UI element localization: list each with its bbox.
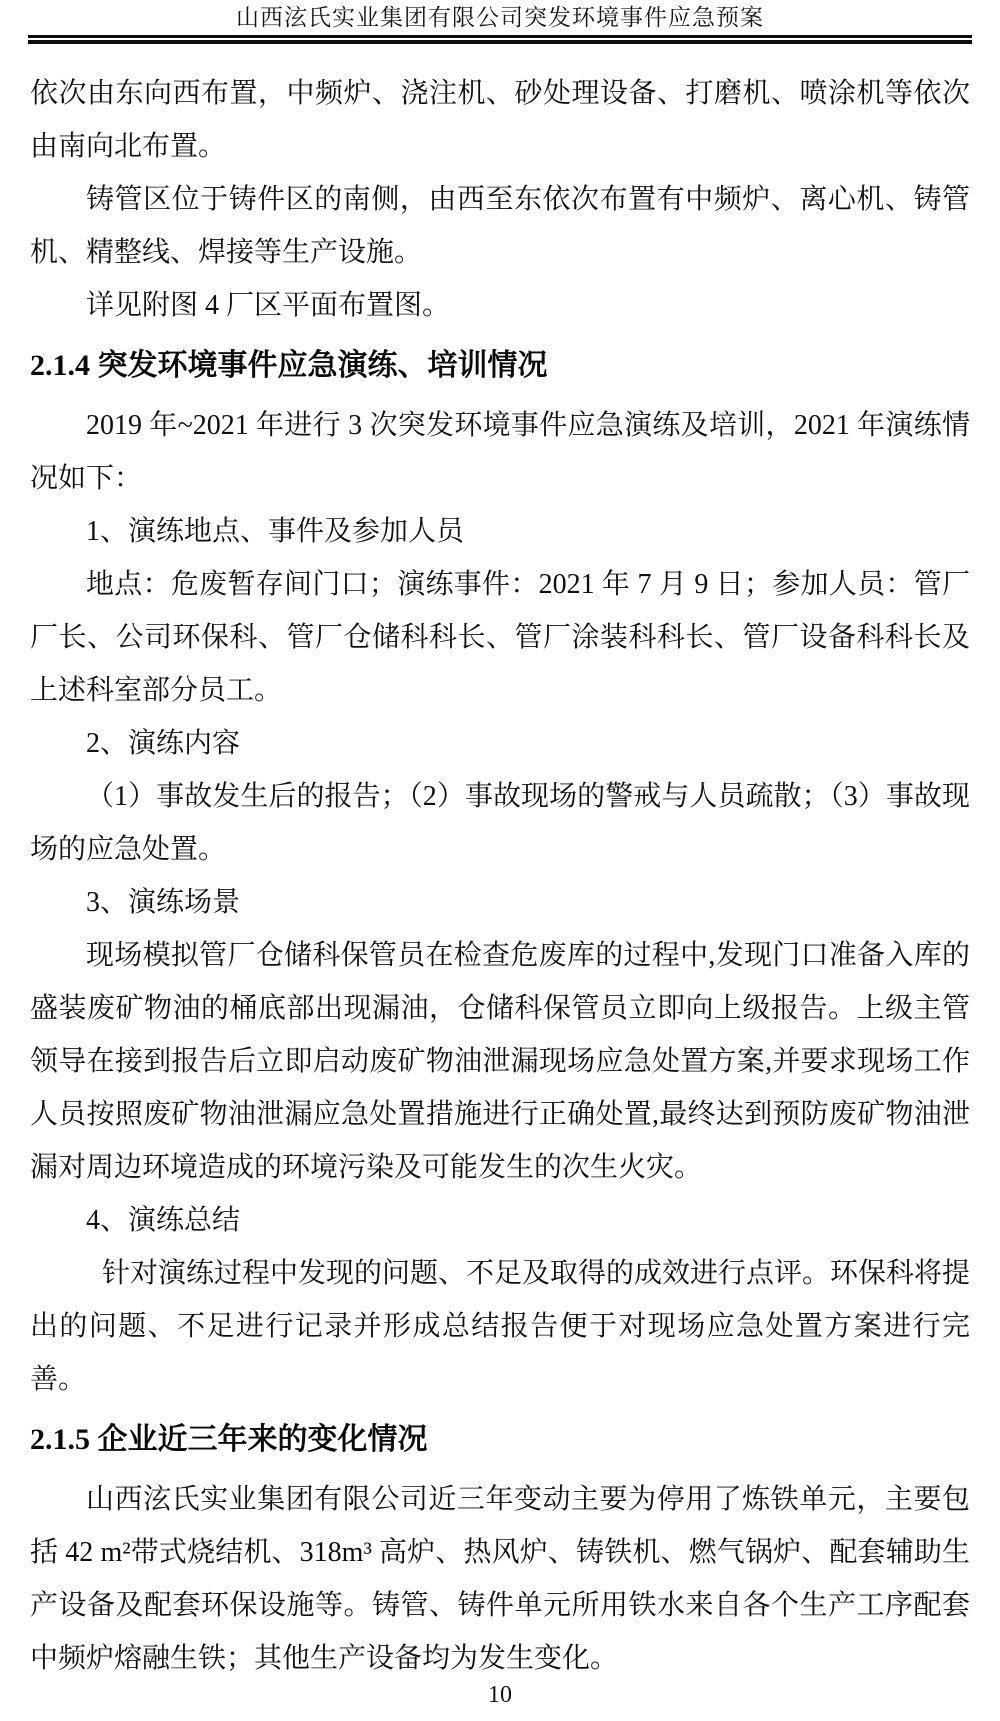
document-header-title: 山西泫氏实业集团有限公司突发环境事件应急预案 bbox=[0, 3, 1000, 33]
body-paragraph: 地点：危废暂存间门口；演练事件：2021 年 7 月 9 日；参加人员：管厂厂长… bbox=[30, 558, 970, 717]
document-body: 依次由东向西布置，中频炉、浇注机、砂处理设备、打磨机、喷涂机等依次由南向北布置。… bbox=[0, 44, 1000, 1685]
document-header: 山西泫氏实业集团有限公司突发环境事件应急预案 bbox=[0, 0, 1000, 33]
section-heading-2-1-4: 2.1.4 突发环境事件应急演练、培训情况 bbox=[30, 335, 970, 397]
body-paragraph: 4、演练总结 bbox=[30, 1194, 970, 1247]
body-paragraph: 1、演练地点、事件及参加人员 bbox=[30, 505, 970, 558]
body-paragraph: （1）事故发生后的报告；（2）事故现场的警戒与人员疏散；（3）事故现场的应急处置… bbox=[30, 770, 970, 876]
body-paragraph: 2019 年~2021 年进行 3 次突发环境事件应急演练及培训，2021 年演… bbox=[30, 399, 970, 505]
body-paragraph: 依次由东向西布置，中频炉、浇注机、砂处理设备、打磨机、喷涂机等依次由南向北布置。 bbox=[30, 67, 970, 173]
body-paragraph: 铸管区位于铸件区的南侧，由西至东依次布置有中频炉、离心机、铸管机、精整线、焊接等… bbox=[30, 173, 970, 279]
body-paragraph: 详见附图 4 厂区平面布置图。 bbox=[30, 279, 970, 332]
body-paragraph: 针对演练过程中发现的问题、不足及取得的成效进行点评。环保科将提出的问题、不足进行… bbox=[30, 1247, 970, 1406]
body-paragraph: 3、演练场景 bbox=[30, 876, 970, 929]
page-number: 10 bbox=[488, 1682, 512, 1708]
section-heading-2-1-5: 2.1.5 企业近三年来的变化情况 bbox=[30, 1409, 970, 1471]
page-footer: 10 bbox=[0, 1680, 1000, 1710]
body-paragraph: 山西泫氏实业集团有限公司近三年变动主要为停用了炼铁单元，主要包括 42 m²带式… bbox=[30, 1473, 970, 1685]
body-paragraph: 2、演练内容 bbox=[30, 717, 970, 770]
header-divider-rule bbox=[28, 35, 972, 44]
body-paragraph: 现场模拟管厂仓储科保管员在检查危废库的过程中,发现门口准备入库的盛装废矿物油的桶… bbox=[30, 929, 970, 1194]
